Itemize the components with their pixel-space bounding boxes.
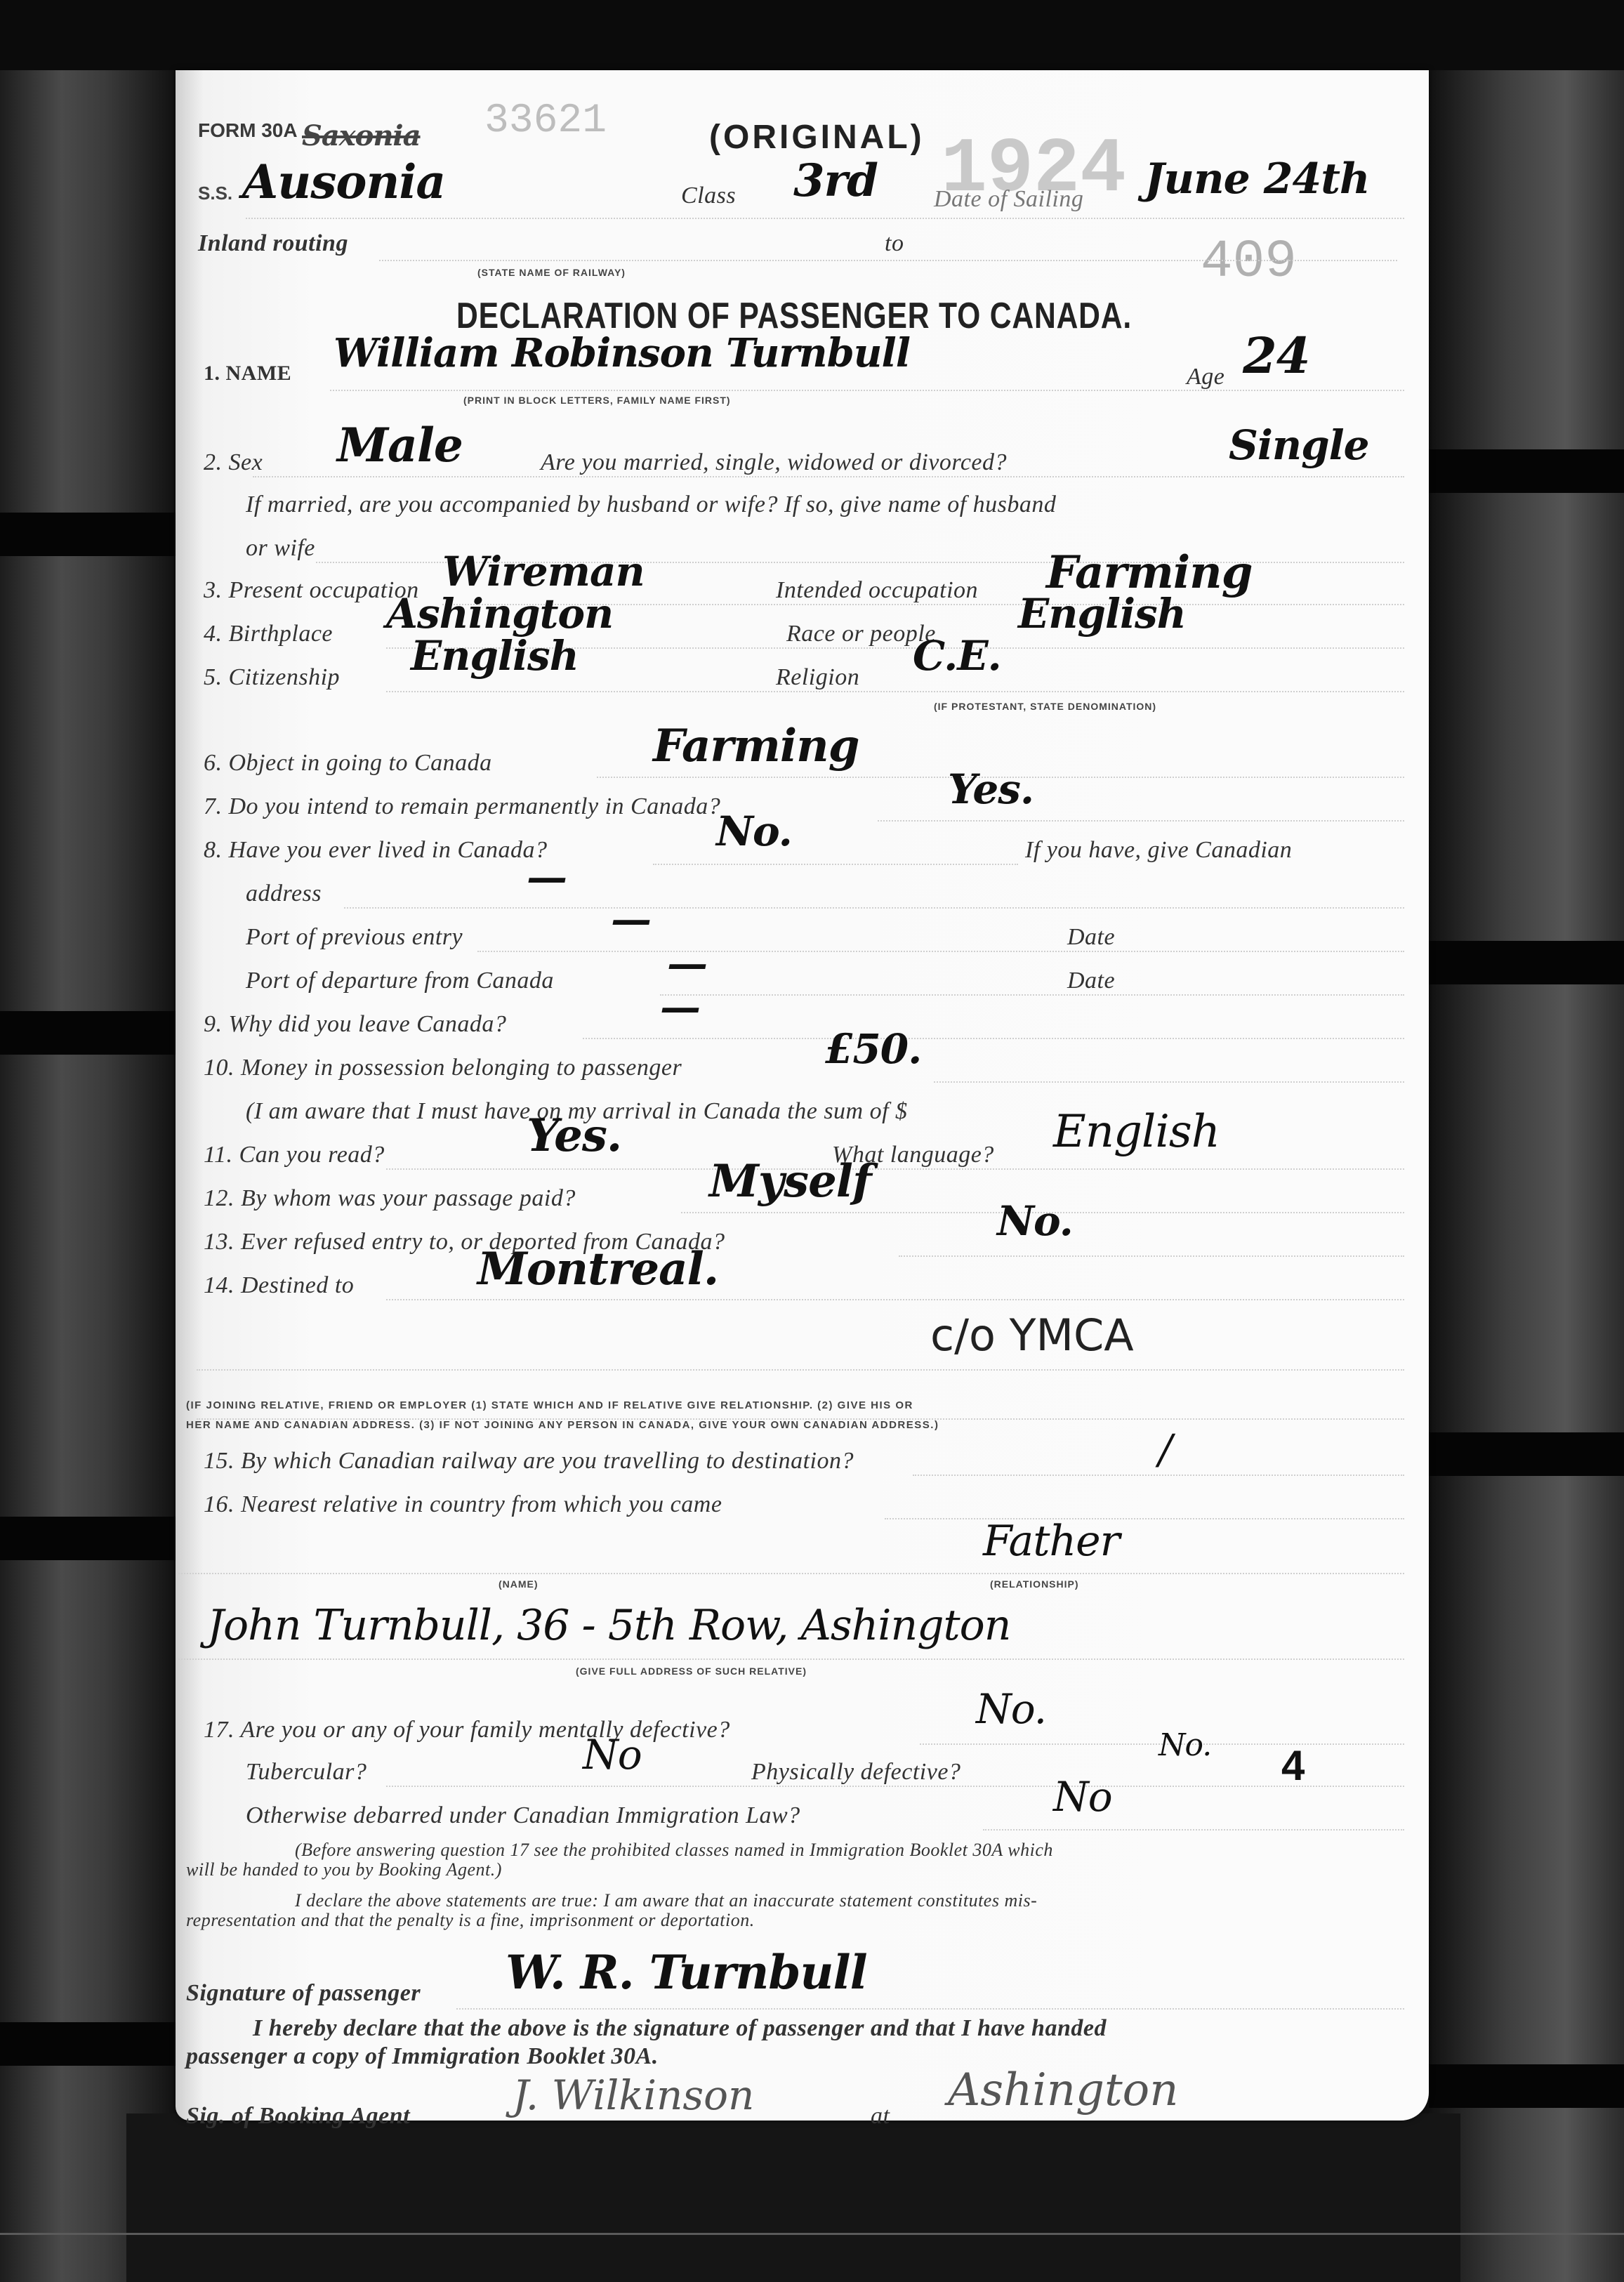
- q10-label: 10. Money in possession belonging to pas…: [204, 1055, 682, 1081]
- previous-entry-date-label: Date: [1067, 924, 1115, 951]
- railway-value: /: [1158, 1425, 1172, 1473]
- dotted-line: [983, 1829, 1404, 1831]
- booking-agent-label: Sig. of Booking Agent: [186, 2103, 410, 2130]
- dotted-line: [386, 1786, 1404, 1787]
- railway-caption: (STATE NAME OF RAILWAY): [477, 267, 626, 278]
- can-read-value: Yes.: [527, 1109, 621, 1162]
- film-edge-right: [1429, 0, 1624, 2282]
- dotted-line: [386, 691, 1404, 692]
- mentally-defective-value: No.: [976, 1685, 1046, 1733]
- religion-label: Religion: [776, 664, 859, 691]
- relative-address-value: John Turnbull, 36 - 5th Row, Ashington: [207, 1601, 1010, 1650]
- to-label: to: [885, 230, 904, 257]
- class-value: 3rd: [793, 154, 878, 207]
- q16-label: 16. Nearest relative in country from whi…: [204, 1491, 722, 1518]
- refused-entry-value: No.: [997, 1197, 1073, 1245]
- canadian-address-prompt: If you have, give Canadian: [1025, 837, 1292, 864]
- dotted-line: [934, 1081, 1404, 1083]
- q9-label: 9. Why did you leave Canada?: [204, 1011, 506, 1038]
- dotted-line: [899, 1255, 1404, 1257]
- relative-address-caption: (GIVE FULL ADDRESS OF SUCH RELATIVE): [576, 1666, 807, 1677]
- marital-status-value: Single: [1229, 421, 1369, 469]
- dotted-line: [653, 864, 1018, 865]
- previous-entry-value: —: [611, 895, 651, 943]
- passage-paid-by-value: Myself: [709, 1155, 871, 1208]
- page-stamp: 409: [1201, 232, 1297, 292]
- film-edge-left: [0, 0, 176, 2282]
- race-value: English: [1018, 590, 1186, 638]
- dotted-line: [344, 907, 1404, 909]
- departure-value: —: [667, 939, 707, 987]
- relative-name-caption: (NAME): [499, 1578, 539, 1590]
- dotted-line: [878, 820, 1404, 822]
- film-band: [1429, 449, 1624, 493]
- film-bottom-margin: [126, 2113, 1460, 2282]
- previous-entry-label: Port of previous entry: [246, 924, 463, 951]
- dotted-line: [253, 476, 1404, 477]
- why-left-value: —: [660, 983, 700, 1031]
- religion-caption: (IF PROTESTANT, STATE DENOMINATION): [934, 701, 1156, 712]
- dotted-line: [176, 1573, 1404, 1574]
- film-band: [0, 513, 176, 556]
- object-value: Farming: [653, 720, 859, 772]
- sex-value: Male: [337, 418, 463, 473]
- dotted-line: [583, 1038, 1404, 1039]
- joining-instructions: (IF JOINING RELATIVE, FRIEND OR EMPLOYER…: [186, 1399, 913, 1411]
- ss-label: S.S.: [198, 183, 232, 204]
- destination-value: Montreal.: [477, 1243, 718, 1295]
- religion-value: C.E.: [913, 632, 1001, 680]
- dotted-line: [197, 1369, 1404, 1371]
- film-band: [1429, 2064, 1624, 2108]
- debarred-value: No: [1053, 1773, 1112, 1821]
- relationship-value: Father: [983, 1517, 1119, 1566]
- q14-label: 14. Destined to: [204, 1272, 354, 1299]
- dotted-line: [885, 1518, 1404, 1519]
- agent-declaration-cont: passenger a copy of Immigration Booklet …: [186, 2043, 659, 2070]
- age-value: 24: [1243, 327, 1309, 385]
- remain-permanently-value: Yes.: [948, 765, 1034, 813]
- record-number-stamp: 33621: [484, 98, 607, 144]
- date-of-sailing-label: Date of Sailing: [934, 186, 1083, 213]
- q2-label: 2. Sex: [204, 449, 263, 476]
- date-of-sailing-value: June 24th: [1144, 154, 1370, 204]
- age-label: Age: [1187, 364, 1224, 390]
- booking-location: Ashington: [948, 2064, 1178, 2116]
- relationship-caption: (RELATIONSHIP): [990, 1578, 1079, 1590]
- money-value: £50.: [825, 1025, 921, 1073]
- dotted-line: [660, 994, 1404, 996]
- at-label: at: [871, 2103, 890, 2130]
- dotted-line: [379, 260, 1397, 261]
- form-number: FORM 30A: [198, 119, 298, 142]
- original-label: (ORIGINAL): [709, 118, 925, 157]
- q15-label: 15. By which Canadian railway are you tr…: [204, 1448, 854, 1475]
- q6-label: 6. Object in going to Canada: [204, 750, 492, 777]
- departure-label: Port of departure from Canada: [246, 968, 554, 994]
- corner-mark: 4: [1281, 1741, 1305, 1790]
- tubercular-label: Tubercular?: [246, 1759, 367, 1786]
- name-caption: (PRINT IN BLOCK LETTERS, FAMILY NAME FIR…: [463, 395, 731, 406]
- address-label: address: [246, 881, 322, 907]
- declaration-text-cont: representation and that the penalty is a…: [186, 1910, 755, 1931]
- q12-label: 12. By whom was your passage paid?: [204, 1185, 576, 1212]
- film-band: [0, 1011, 176, 1055]
- agent-declaration: I hereby declare that the above is the s…: [253, 2015, 1107, 2042]
- passenger-signature: W. R. Turnbull: [506, 1945, 867, 2000]
- departure-date-label: Date: [1067, 968, 1115, 994]
- ship-name-struck: Saxonia: [302, 119, 421, 152]
- q17-instruction-cont: will be handed to you by Booking Agent.): [186, 1859, 502, 1880]
- declaration-form: FORM 30A 33621 (ORIGINAL) 1924 Saxonia S…: [176, 70, 1429, 2121]
- debarred-label: Otherwise debarred under Canadian Immigr…: [246, 1802, 800, 1829]
- dotted-line: [246, 218, 1404, 219]
- lived-in-canada-value: No.: [716, 807, 792, 855]
- spouse-question: If married, are you accompanied by husba…: [246, 492, 1056, 518]
- q1-label: 1. NAME: [204, 362, 291, 385]
- film-band: [1429, 941, 1624, 984]
- film-band: [1429, 1432, 1624, 1476]
- q17-label: 17. Are you or any of your family mental…: [204, 1717, 730, 1743]
- q7-label: 7. Do you intend to remain permanently i…: [204, 793, 720, 820]
- citizenship-value: English: [411, 632, 579, 680]
- language-value: English: [1053, 1106, 1220, 1158]
- inland-routing-label: Inland routing: [198, 230, 348, 257]
- tubercular-value: No: [583, 1731, 642, 1779]
- intended-occupation-label: Intended occupation: [776, 577, 978, 604]
- passenger-name: William Robinson Turnbull: [334, 330, 910, 376]
- passenger-signature-label: Signature of passenger: [186, 1980, 421, 2007]
- dotted-line: [176, 1658, 1404, 1660]
- physically-defective-value: No.: [1158, 1727, 1211, 1763]
- spouse-question-cont: or wife: [246, 535, 315, 562]
- address-value: —: [527, 853, 567, 901]
- film-scratch-line: [0, 2233, 1624, 2235]
- film-band: [0, 1517, 176, 1560]
- q17-instruction: (Before answering question 17 see the pr…: [295, 1840, 1053, 1861]
- q4-label: 4. Birthplace: [204, 621, 333, 647]
- class-label: Class: [681, 183, 736, 209]
- film-band: [0, 2022, 176, 2066]
- dotted-line: [386, 1299, 1404, 1300]
- film-top-margin: [0, 0, 1624, 70]
- birthplace-value: Ashington: [386, 590, 613, 638]
- marital-status-label: Are you married, single, widowed or divo…: [541, 449, 1007, 476]
- present-occupation-value: Wireman: [442, 548, 645, 595]
- q5-label: 5. Citizenship: [204, 664, 340, 691]
- physically-defective-label: Physically defective?: [751, 1759, 960, 1786]
- dotted-line: [330, 390, 1404, 391]
- declaration-text: I declare the above statements are true:…: [295, 1890, 1037, 1911]
- dotted-line: [386, 1168, 1404, 1170]
- dotted-line: [913, 1475, 1404, 1476]
- care-of-value: c/o YMCA: [930, 1310, 1134, 1361]
- dotted-line: [456, 2008, 1404, 2010]
- dotted-line: [477, 951, 1404, 952]
- joining-instructions-cont: HER NAME AND CANADIAN ADDRESS. (3) IF NO…: [186, 1419, 939, 1431]
- q11-label: 11. Can you read?: [204, 1142, 385, 1168]
- ship-name: Ausonia: [242, 154, 445, 209]
- q8-label: 8. Have you ever lived in Canada?: [204, 837, 548, 864]
- booking-agent-signature: J. Wilkinson: [513, 2071, 754, 2119]
